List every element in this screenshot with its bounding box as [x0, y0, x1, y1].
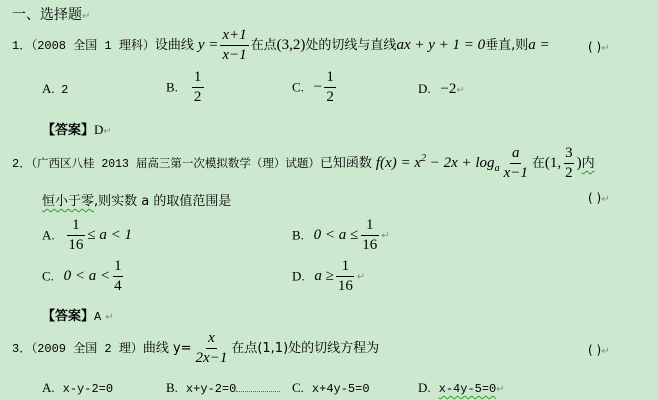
math-line-equation: ax + y + 1 = 0	[396, 37, 485, 53]
answer-line-2: 【答案】A ↵	[42, 305, 114, 325]
question-2-stem: 2．（广西区八桂 2013 届高三第一次模拟数学（理）试题）已知函数 f(x) …	[12, 146, 595, 181]
stem-text: 设曲线	[155, 38, 194, 53]
paragraph-mark-icon: ↵	[381, 230, 389, 241]
fraction-denominator: 16	[360, 236, 379, 253]
fraction-denominator: 4	[112, 277, 124, 294]
option-label: A.	[42, 81, 55, 96]
question-source: （广西区八桂 2013 届高三第一次模拟数学（理）试题）	[31, 158, 320, 171]
fraction-denominator: 2x−1	[194, 349, 230, 366]
stem-text: 在点(1,1)处的切线方程为	[231, 341, 379, 356]
answer-label: 【答案】	[42, 123, 94, 138]
math-function: f(x) = x2 − 2x + loga	[376, 155, 500, 171]
option-value: x-4y-5=0	[439, 382, 497, 396]
paragraph-mark-icon: ↵	[601, 43, 609, 54]
math-fraction: 12	[192, 70, 204, 105]
math-fraction: ax−1	[502, 146, 530, 181]
fraction-numerator: 1	[340, 259, 352, 276]
math-fraction: 12	[324, 70, 336, 105]
section-title-text: 一、选择题	[12, 7, 82, 23]
minus-sign: −	[314, 79, 322, 95]
function-text: f(x) = x	[376, 155, 421, 171]
math-fraction: 116	[66, 218, 85, 253]
answer-blank: ( )↵	[588, 40, 610, 54]
option-value: a ≥	[314, 268, 333, 284]
option-2d[interactable]: D. a ≥116↵	[292, 259, 365, 294]
stem-text: 已知函数	[320, 156, 372, 171]
tab-leader	[236, 381, 280, 392]
question-2-line2: 恒小于零,则实数 a 的取值范围是	[42, 190, 231, 209]
option-value: 0 < a ≤	[314, 227, 359, 243]
option-3d[interactable]: D. x-4y-5=0↵	[418, 379, 505, 397]
fraction-denominator: 2	[324, 88, 336, 105]
section-title: 一、选择题↵	[12, 4, 90, 24]
fraction-numerator: 1	[70, 218, 82, 235]
option-label: A.	[42, 228, 55, 243]
option-label: B.	[292, 228, 304, 243]
fraction-denominator: x−1	[502, 164, 530, 181]
fraction-numerator: 1	[364, 218, 376, 235]
blank-text: ( )	[588, 40, 601, 54]
option-label: C.	[292, 80, 304, 95]
fraction-denominator: 16	[336, 277, 355, 294]
option-label: D.	[418, 81, 431, 96]
option-value: −2	[440, 81, 456, 97]
option-label: C.	[292, 380, 304, 395]
function-text: − 2x + log	[426, 155, 495, 171]
math-point: (3,2)	[277, 37, 306, 53]
fraction-denominator: 2	[563, 164, 575, 181]
option-1d[interactable]: D. −2↵	[418, 81, 465, 98]
answer-label: 【答案】	[42, 309, 94, 324]
option-label: C.	[42, 269, 54, 284]
option-value: 2	[61, 83, 68, 97]
option-label: D.	[292, 269, 305, 284]
answer-blank: ( )↵	[588, 343, 610, 357]
paragraph-mark-icon: ↵	[496, 384, 504, 395]
math-fraction: 32	[563, 146, 575, 181]
paragraph-mark-icon: ↵	[105, 312, 113, 323]
interval-open: (1,	[545, 155, 561, 171]
fraction-numerator: 1	[192, 70, 204, 87]
option-1b[interactable]: B. 12	[166, 70, 206, 105]
math-fraction: 116	[336, 259, 355, 294]
fraction-numerator: x+1	[220, 28, 248, 46]
answer-value: A	[94, 310, 101, 324]
option-value: x+y-2=0	[186, 382, 236, 396]
question-source: （2008 全国 1 理科）	[31, 39, 155, 53]
math-ask: a =	[528, 37, 549, 53]
stem-text: 在	[532, 156, 545, 171]
fraction-numerator: x	[206, 331, 217, 349]
paragraph-mark-icon: ↵	[82, 11, 90, 22]
option-2b[interactable]: B. 0 < a ≤116↵	[292, 218, 390, 253]
option-label: D.	[418, 380, 431, 395]
question-number: 2．	[12, 157, 31, 171]
math-fraction: x+1x−1	[220, 28, 248, 63]
answer-blank: ( )↵	[588, 191, 610, 205]
fraction-numerator: 3	[563, 146, 575, 163]
stem-text: 内	[582, 156, 595, 171]
option-value: ≤ a < 1	[87, 227, 132, 243]
paragraph-mark-icon: ↵	[601, 346, 609, 357]
paragraph-mark-icon: ↵	[601, 194, 609, 205]
option-2c[interactable]: C. 0 < a <14	[42, 259, 126, 294]
math-lhs: y =	[198, 37, 219, 53]
math-fraction: x2x−1	[194, 331, 230, 366]
fraction-numerator: a	[510, 146, 522, 164]
math-fraction: 116	[360, 218, 379, 253]
option-1a[interactable]: A. 2	[42, 81, 68, 97]
question-source: （2009 全国 2 理）	[31, 342, 143, 356]
option-2a[interactable]: A. 116≤ a < 1	[42, 218, 132, 253]
paragraph-mark-icon: ↵	[456, 85, 464, 96]
answer-line-1: 【答案】D↵	[42, 119, 112, 139]
answer-value: D	[94, 122, 103, 137]
option-value: 0 < a <	[64, 268, 111, 284]
math-fraction: 14	[112, 259, 124, 294]
blank-text: ( )	[588, 191, 601, 205]
option-1c[interactable]: C. −12	[292, 70, 338, 105]
stem-text: 恒小于零	[42, 194, 94, 209]
question-3-stem: 3．（2009 全国 2 理）曲线 y=x2x−1在点(1,1)处的切线方程为	[12, 331, 379, 366]
option-label: B.	[166, 80, 178, 95]
fraction-numerator: 1	[112, 259, 124, 276]
option-value: x+4y-5=0	[312, 382, 370, 396]
stem-text: 处的切线与直线	[305, 38, 396, 53]
option-value: x-y-2=0	[63, 382, 113, 396]
option-3a[interactable]: A. x-y-2=0	[42, 379, 113, 397]
stem-text: 曲线 y=	[143, 341, 192, 356]
fraction-denominator: 16	[66, 236, 85, 253]
log-base: a	[495, 163, 500, 174]
option-3c[interactable]: C. x+4y-5=0	[292, 379, 370, 397]
stem-text: ,则实数 a 的取值范围是	[94, 194, 231, 209]
fraction-numerator: 1	[324, 70, 336, 87]
blank-text: ( )	[588, 343, 601, 357]
question-number: 3．	[12, 342, 31, 356]
question-1-stem: 1．（2008 全国 1 理科）设曲线 y =x+1x−1在点(3,2)处的切线…	[12, 28, 550, 63]
paragraph-mark-icon: ↵	[357, 271, 365, 282]
stem-text: 垂直,则	[485, 38, 528, 53]
option-label: B.	[166, 380, 178, 395]
question-number: 1．	[12, 39, 31, 53]
fraction-denominator: 2	[192, 88, 204, 105]
fraction-denominator: x−1	[220, 46, 248, 63]
stem-text: 在点	[251, 38, 277, 53]
option-label: A.	[42, 380, 55, 395]
option-3b[interactable]: B. x+y-2=0	[166, 379, 280, 397]
paragraph-mark-icon: ↵	[103, 126, 111, 137]
